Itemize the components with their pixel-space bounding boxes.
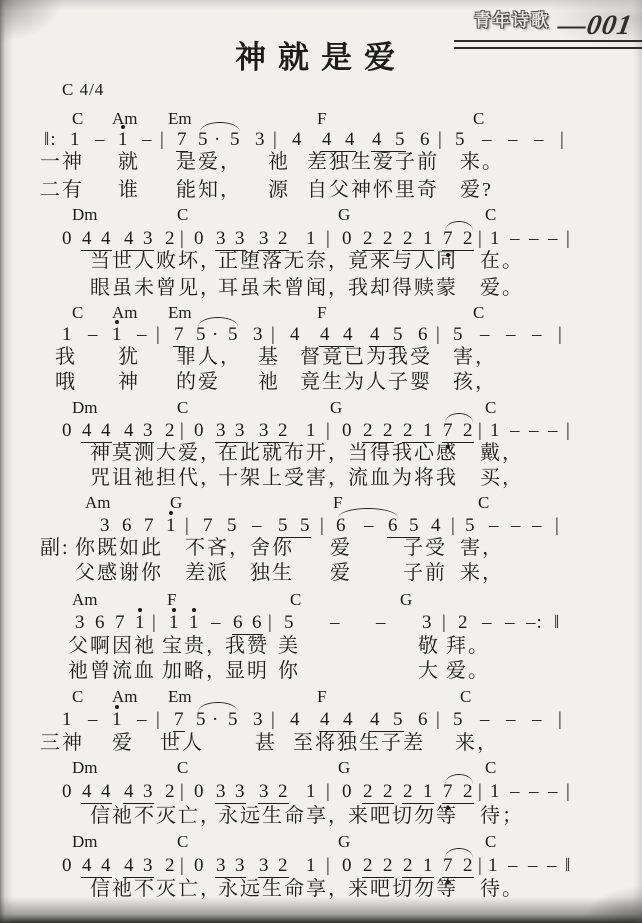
note-token: 7: [177, 130, 187, 149]
note-token: 3: [143, 782, 153, 801]
lyric-segment: 我却得赎蒙: [348, 278, 458, 298]
note-token: |: [180, 856, 185, 875]
note-token: 4: [320, 710, 330, 729]
note-token: 5: [393, 710, 403, 729]
note-token: |: [320, 516, 325, 535]
note-token: 1: [488, 856, 498, 875]
lyric-segment: 是爱，: [176, 152, 242, 172]
lyric-segment: 自父神怀里奇: [307, 180, 439, 200]
note-token: |: [326, 229, 331, 248]
chord-label: C: [485, 833, 496, 850]
note-token: |: [478, 229, 483, 248]
note-token: 2: [278, 856, 288, 875]
chord-label: G: [338, 833, 350, 850]
note-token: 4: [101, 782, 111, 801]
lyric-segment: 爱?: [460, 180, 493, 200]
lyric-segment: 害，: [460, 538, 504, 558]
note-token: 0: [342, 856, 352, 875]
note-token: 0: [62, 782, 72, 801]
note-token: 0: [194, 421, 204, 440]
note-token: –: [142, 130, 153, 149]
lyric-segment: 永远生命享，: [218, 806, 350, 826]
note-token: 4: [345, 130, 355, 149]
note-token: 1: [490, 782, 500, 801]
slur-arc: [445, 774, 473, 784]
note-token: 3: [216, 782, 226, 801]
note-token: 2: [403, 421, 413, 440]
note-token: 4: [370, 710, 380, 729]
lyric-segment: 爱: [330, 538, 352, 558]
note-token: 3: [75, 613, 85, 632]
note-token: |: [560, 130, 565, 149]
note-token: 5: [453, 710, 463, 729]
note-token: |: [180, 421, 185, 440]
series-badge-label: 青年诗歌: [474, 11, 550, 30]
chord-label: C: [485, 206, 496, 223]
beam-underline: [402, 803, 434, 804]
note-token: 1: [166, 516, 176, 535]
note-token: |: [478, 421, 483, 440]
note-token: 4: [124, 782, 134, 801]
note-token: 5: [409, 516, 419, 535]
note-token: –: [95, 130, 106, 149]
note-token: 6: [252, 613, 262, 632]
note-token: –: [489, 516, 500, 535]
note-token: |: [558, 710, 563, 729]
lyric-segment: 爱: [330, 563, 352, 583]
note-token: 5: [300, 516, 310, 535]
key-signature: C 4/4: [62, 80, 104, 100]
note-token: –:: [526, 613, 543, 632]
chord-label: C: [485, 399, 496, 416]
chord-label: Am: [112, 688, 138, 705]
note-token: 5: [228, 325, 238, 344]
lyric-segment: 世人: [160, 733, 204, 753]
chord-label: C: [177, 399, 188, 416]
lyric-segment: 显明: [225, 661, 269, 681]
note-token: 4: [124, 421, 134, 440]
note-token: 1: [306, 782, 316, 801]
note-token: –: [508, 130, 519, 149]
note-token: |: [566, 782, 571, 801]
sheet-music-page: 青年诗歌 —001 神就是爱 C 4/4 CAmEmFC‖:1–1–|75·53…: [0, 0, 642, 923]
note-token: 4: [82, 229, 92, 248]
note-token: 0: [342, 229, 352, 248]
lyric-segment: 你既如此: [75, 538, 163, 558]
note-token: 0: [62, 856, 72, 875]
note-token: 1: [118, 130, 128, 149]
note-token: 2: [463, 782, 473, 801]
lyric-segment: 我赞: [225, 636, 269, 656]
note-token: 7: [174, 325, 184, 344]
note-token: 2: [278, 782, 288, 801]
note-token: 7: [443, 856, 453, 875]
lyric-segment: 害，: [453, 347, 497, 367]
lyric-segment: 神: [118, 372, 140, 392]
note-token: 1: [490, 421, 500, 440]
lyric-segment: 我: [55, 347, 77, 367]
note-token: 1: [490, 229, 500, 248]
chord-label: C: [177, 759, 188, 776]
note-token: 3: [143, 421, 153, 440]
lyric-segment: 眼虽未曾见，: [90, 278, 222, 298]
lyric-segment: 竟来与人同: [348, 251, 458, 271]
note-token: 3: [216, 856, 226, 875]
beam-underline: [362, 803, 394, 804]
note-token: 7: [174, 710, 184, 729]
note-token: 5: [284, 613, 294, 632]
note-token: –: [480, 710, 491, 729]
lyric-segment: 犹: [118, 347, 140, 367]
chord-label: C: [72, 110, 83, 127]
note-token: 2: [363, 229, 373, 248]
slur-arc: [200, 122, 240, 132]
lyric-segment: 爱。: [480, 278, 524, 298]
note-token: –: [330, 613, 341, 632]
note-token: 2: [363, 856, 373, 875]
note-token: –: [510, 782, 521, 801]
lyric-segment: 耳虽未曾闻，: [218, 278, 350, 298]
slur-arc: [445, 848, 473, 858]
note-token: 0: [342, 421, 352, 440]
lyric-segment: 竟生为人子婴: [300, 372, 432, 392]
lyric-segment: 祂: [268, 152, 290, 172]
song-title: 神就是爱: [0, 32, 642, 77]
note-token: 3: [253, 325, 263, 344]
lyric-segment: 神莫测大爱，: [90, 443, 222, 463]
chord-label: Am: [85, 494, 111, 511]
note-token: 0: [62, 229, 72, 248]
note-token: ‖: [554, 613, 560, 632]
note-token: 5: [196, 710, 206, 729]
note-token: ‖:: [44, 130, 57, 149]
chord-label: F: [317, 110, 326, 127]
note-token: 3: [259, 229, 269, 248]
lyric-segment: 副:: [40, 538, 70, 558]
lyric-segment: 当世人败坏，: [90, 251, 222, 271]
lyric-segment: 子前: [403, 563, 447, 583]
note-token: 5: [227, 516, 237, 535]
note-token: |: [555, 516, 560, 535]
note-token: –: [88, 710, 99, 729]
lyric-segment: 正堕落无奈，: [218, 251, 350, 271]
chord-label: F: [333, 494, 342, 511]
lyric-segment: 宝贵，: [162, 636, 228, 656]
note-token: |: [268, 613, 273, 632]
note-token: 2: [363, 782, 373, 801]
lyric-segment: 十架上受害，: [218, 468, 350, 488]
lyric-segment: 加略，: [162, 661, 228, 681]
note-token: 5: [198, 130, 208, 149]
beam-underline: [81, 803, 112, 804]
lyric-segment: 来吧切勿等: [348, 879, 458, 899]
note-token: 0: [62, 421, 72, 440]
note-token: 6: [420, 130, 430, 149]
note-token: 4: [322, 130, 332, 149]
lyric-segment: 当得我心感: [348, 443, 458, 463]
note-token: 3: [253, 710, 263, 729]
note-token: |: [436, 325, 441, 344]
note-token: –: [548, 421, 559, 440]
lyric-segment: 祂: [258, 372, 280, 392]
note-token: –: [528, 856, 539, 875]
note-token: 1: [112, 710, 122, 729]
note-token: –: [482, 130, 493, 149]
note-token: 2: [463, 856, 473, 875]
lyric-segment: 督竟已为我受: [300, 347, 432, 367]
note-token: –: [506, 325, 517, 344]
note-token: –: [508, 856, 519, 875]
chord-label: C: [177, 206, 188, 223]
lyric-segment: 买，: [480, 468, 524, 488]
note-token: 4: [370, 325, 380, 344]
lyric-segment: 不吝，: [185, 538, 251, 558]
chord-label: Dm: [72, 399, 98, 416]
chord-label: C: [485, 759, 496, 776]
note-token: |: [436, 710, 441, 729]
note-token: –: [252, 516, 263, 535]
lyric-segment: 源: [268, 180, 290, 200]
note-token: –: [137, 325, 148, 344]
lyric-segment: 的爱: [176, 372, 220, 392]
note-token: –: [88, 325, 99, 344]
note-token: 2: [165, 421, 175, 440]
lyric-segment: 爱。: [446, 661, 490, 681]
note-token: 4: [372, 130, 382, 149]
note-token: 4: [292, 130, 302, 149]
note-token: 2: [403, 782, 413, 801]
chord-label: F: [317, 688, 326, 705]
note-token: 7: [443, 782, 453, 801]
note-token: 5: [465, 516, 475, 535]
chord-label: Dm: [72, 206, 98, 223]
note-token: 0: [194, 229, 204, 248]
note-token: 2: [383, 856, 393, 875]
note-token: 2: [165, 856, 175, 875]
chord-label: G: [338, 759, 350, 776]
lyric-segment: 大: [418, 661, 440, 681]
note-token: –: [137, 710, 148, 729]
note-token: 5: [393, 325, 403, 344]
note-token: 2: [383, 229, 393, 248]
note-token: –: [480, 325, 491, 344]
note-token: |: [326, 421, 331, 440]
note-token: |: [478, 856, 483, 875]
chord-label: Am: [72, 591, 98, 608]
chord-label: F: [317, 304, 326, 321]
chord-label: C: [72, 304, 83, 321]
note-token: 3: [143, 229, 153, 248]
note-token: 5: [455, 130, 465, 149]
note-token: 7: [203, 516, 213, 535]
lyric-segment: 基: [258, 347, 280, 367]
lyric-segment: 罪人，: [176, 347, 242, 367]
note-token: –: [511, 516, 522, 535]
chord-label: Em: [168, 110, 192, 127]
note-token: |: [438, 130, 443, 149]
note-token: 1: [135, 613, 145, 632]
slur-arc: [338, 508, 398, 518]
lyric-segment: 戴，: [480, 443, 524, 463]
note-token: 3: [235, 782, 245, 801]
note-token: 2: [278, 229, 288, 248]
note-token: 4: [124, 856, 134, 875]
note-token: |: [273, 130, 278, 149]
lyric-segment: 拜。: [446, 636, 490, 656]
note-token: 6: [336, 516, 346, 535]
note-token: –: [505, 613, 516, 632]
note-token: 1: [306, 229, 316, 248]
note-token: |: [180, 782, 185, 801]
lyric-segment: 爱: [112, 733, 134, 753]
note-token: 7: [115, 613, 125, 632]
note-token: 1: [306, 856, 316, 875]
note-token: –: [376, 613, 387, 632]
note-token: 4: [290, 710, 300, 729]
note-token: 5: [278, 516, 288, 535]
chord-label: C: [460, 688, 471, 705]
lyric-segment: 父感谢你: [75, 563, 163, 583]
note-token: |: [152, 613, 157, 632]
lyric-segment: 待。: [480, 879, 524, 899]
lyric-segment: 舍你: [250, 538, 294, 558]
lyric-segment: 至将独生子差: [293, 733, 425, 753]
chord-label: C: [72, 688, 83, 705]
lyric-segment: 信祂不灭亡，: [90, 806, 222, 826]
note-token: 2: [278, 421, 288, 440]
note-token: –: [529, 782, 540, 801]
note-token: |: [185, 516, 190, 535]
note-token: 6: [388, 516, 398, 535]
chord-label: C: [473, 304, 484, 321]
note-token: 7: [443, 229, 453, 248]
note-token: 1: [423, 856, 433, 875]
note-token: 4: [343, 325, 353, 344]
note-token: 1: [62, 325, 72, 344]
note-token: |: [442, 613, 447, 632]
lyric-segment: 在。: [480, 251, 524, 271]
lyric-segment: 来，: [455, 733, 499, 753]
note-token: 0: [342, 782, 352, 801]
note-token: 3: [235, 229, 245, 248]
note-token: 6: [233, 613, 243, 632]
chord-label: C: [177, 833, 188, 850]
note-token: 6: [95, 613, 105, 632]
slur-arc: [445, 221, 473, 231]
note-token: |: [160, 130, 165, 149]
chord-label: Em: [168, 304, 192, 321]
note-token: –: [529, 421, 540, 440]
note-token: 5: [230, 130, 240, 149]
note-token: |: [326, 782, 331, 801]
lyric-segment: 在此就布开，: [218, 443, 350, 463]
note-token: –: [529, 229, 540, 248]
lyric-segment: 咒诅祂担代，: [90, 468, 222, 488]
lyric-segment: 差独生爱子前: [307, 152, 439, 172]
beam-underline: [258, 803, 289, 804]
note-token: 1: [423, 421, 433, 440]
chord-label: F: [167, 591, 176, 608]
chord-label: G: [170, 494, 182, 511]
note-token: 5: [196, 325, 206, 344]
note-token: 1: [62, 710, 72, 729]
chord-label: C: [290, 591, 301, 608]
chord-label: Am: [112, 110, 138, 127]
lyric-segment: 来，: [460, 563, 504, 583]
note-token: |: [156, 710, 161, 729]
note-token: –: [211, 613, 222, 632]
note-token: –: [534, 130, 545, 149]
lyric-segment: 三神: [40, 733, 84, 753]
note-token: –: [510, 421, 521, 440]
note-token: –: [506, 710, 517, 729]
note-token: ·: [212, 325, 219, 344]
lyric-segment: 子受: [403, 538, 447, 558]
note-token: 5: [395, 130, 405, 149]
note-token: 4: [431, 516, 441, 535]
note-token: |: [478, 782, 483, 801]
note-token: –: [548, 229, 559, 248]
note-token: –: [532, 710, 543, 729]
note-token: 2: [403, 229, 413, 248]
chord-label: G: [400, 591, 412, 608]
lyric-segment: 来。: [460, 152, 504, 172]
note-token: 4: [101, 421, 111, 440]
note-token: 2: [458, 613, 468, 632]
note-token: 1: [306, 421, 316, 440]
note-token: 1: [112, 325, 122, 344]
chord-label: G: [330, 399, 342, 416]
lyric-segment: 来吧切勿等: [348, 806, 458, 826]
chord-label: Dm: [72, 759, 98, 776]
note-token: 4: [320, 325, 330, 344]
chord-label: Em: [168, 688, 192, 705]
lyric-segment: 流血为将我: [348, 468, 458, 488]
slur-arc: [445, 413, 473, 423]
note-token: 6: [418, 325, 428, 344]
note-token: 4: [101, 229, 111, 248]
lyric-segment: 你: [278, 661, 300, 681]
note-token: 1: [423, 782, 433, 801]
chord-label: Dm: [72, 833, 98, 850]
note-token: 4: [290, 325, 300, 344]
note-token: 2: [463, 229, 473, 248]
note-token: 4: [101, 856, 111, 875]
note-token: 3: [259, 782, 269, 801]
note-token: 3: [259, 421, 269, 440]
lyric-segment: 永远生命享，: [218, 879, 350, 899]
note-token: –: [364, 516, 375, 535]
note-token: 3: [422, 613, 432, 632]
note-token: 3: [235, 856, 245, 875]
lyric-segment: 就: [118, 152, 140, 172]
note-token: 1: [169, 613, 179, 632]
note-token: –: [532, 516, 543, 535]
note-token: |: [451, 516, 456, 535]
slur-arc: [198, 317, 238, 327]
chord-label: C: [478, 494, 489, 511]
note-token: ‖: [565, 856, 571, 875]
note-token: 4: [82, 421, 92, 440]
lyric-segment: 哦: [55, 372, 77, 392]
note-token: |: [271, 325, 276, 344]
note-token: –: [548, 782, 559, 801]
note-token: |: [180, 229, 185, 248]
chord-label: G: [338, 206, 350, 223]
note-token: 6: [122, 516, 132, 535]
lyric-segment: 父啊因祂: [68, 636, 156, 656]
lyric-segment: 孩，: [453, 372, 497, 392]
